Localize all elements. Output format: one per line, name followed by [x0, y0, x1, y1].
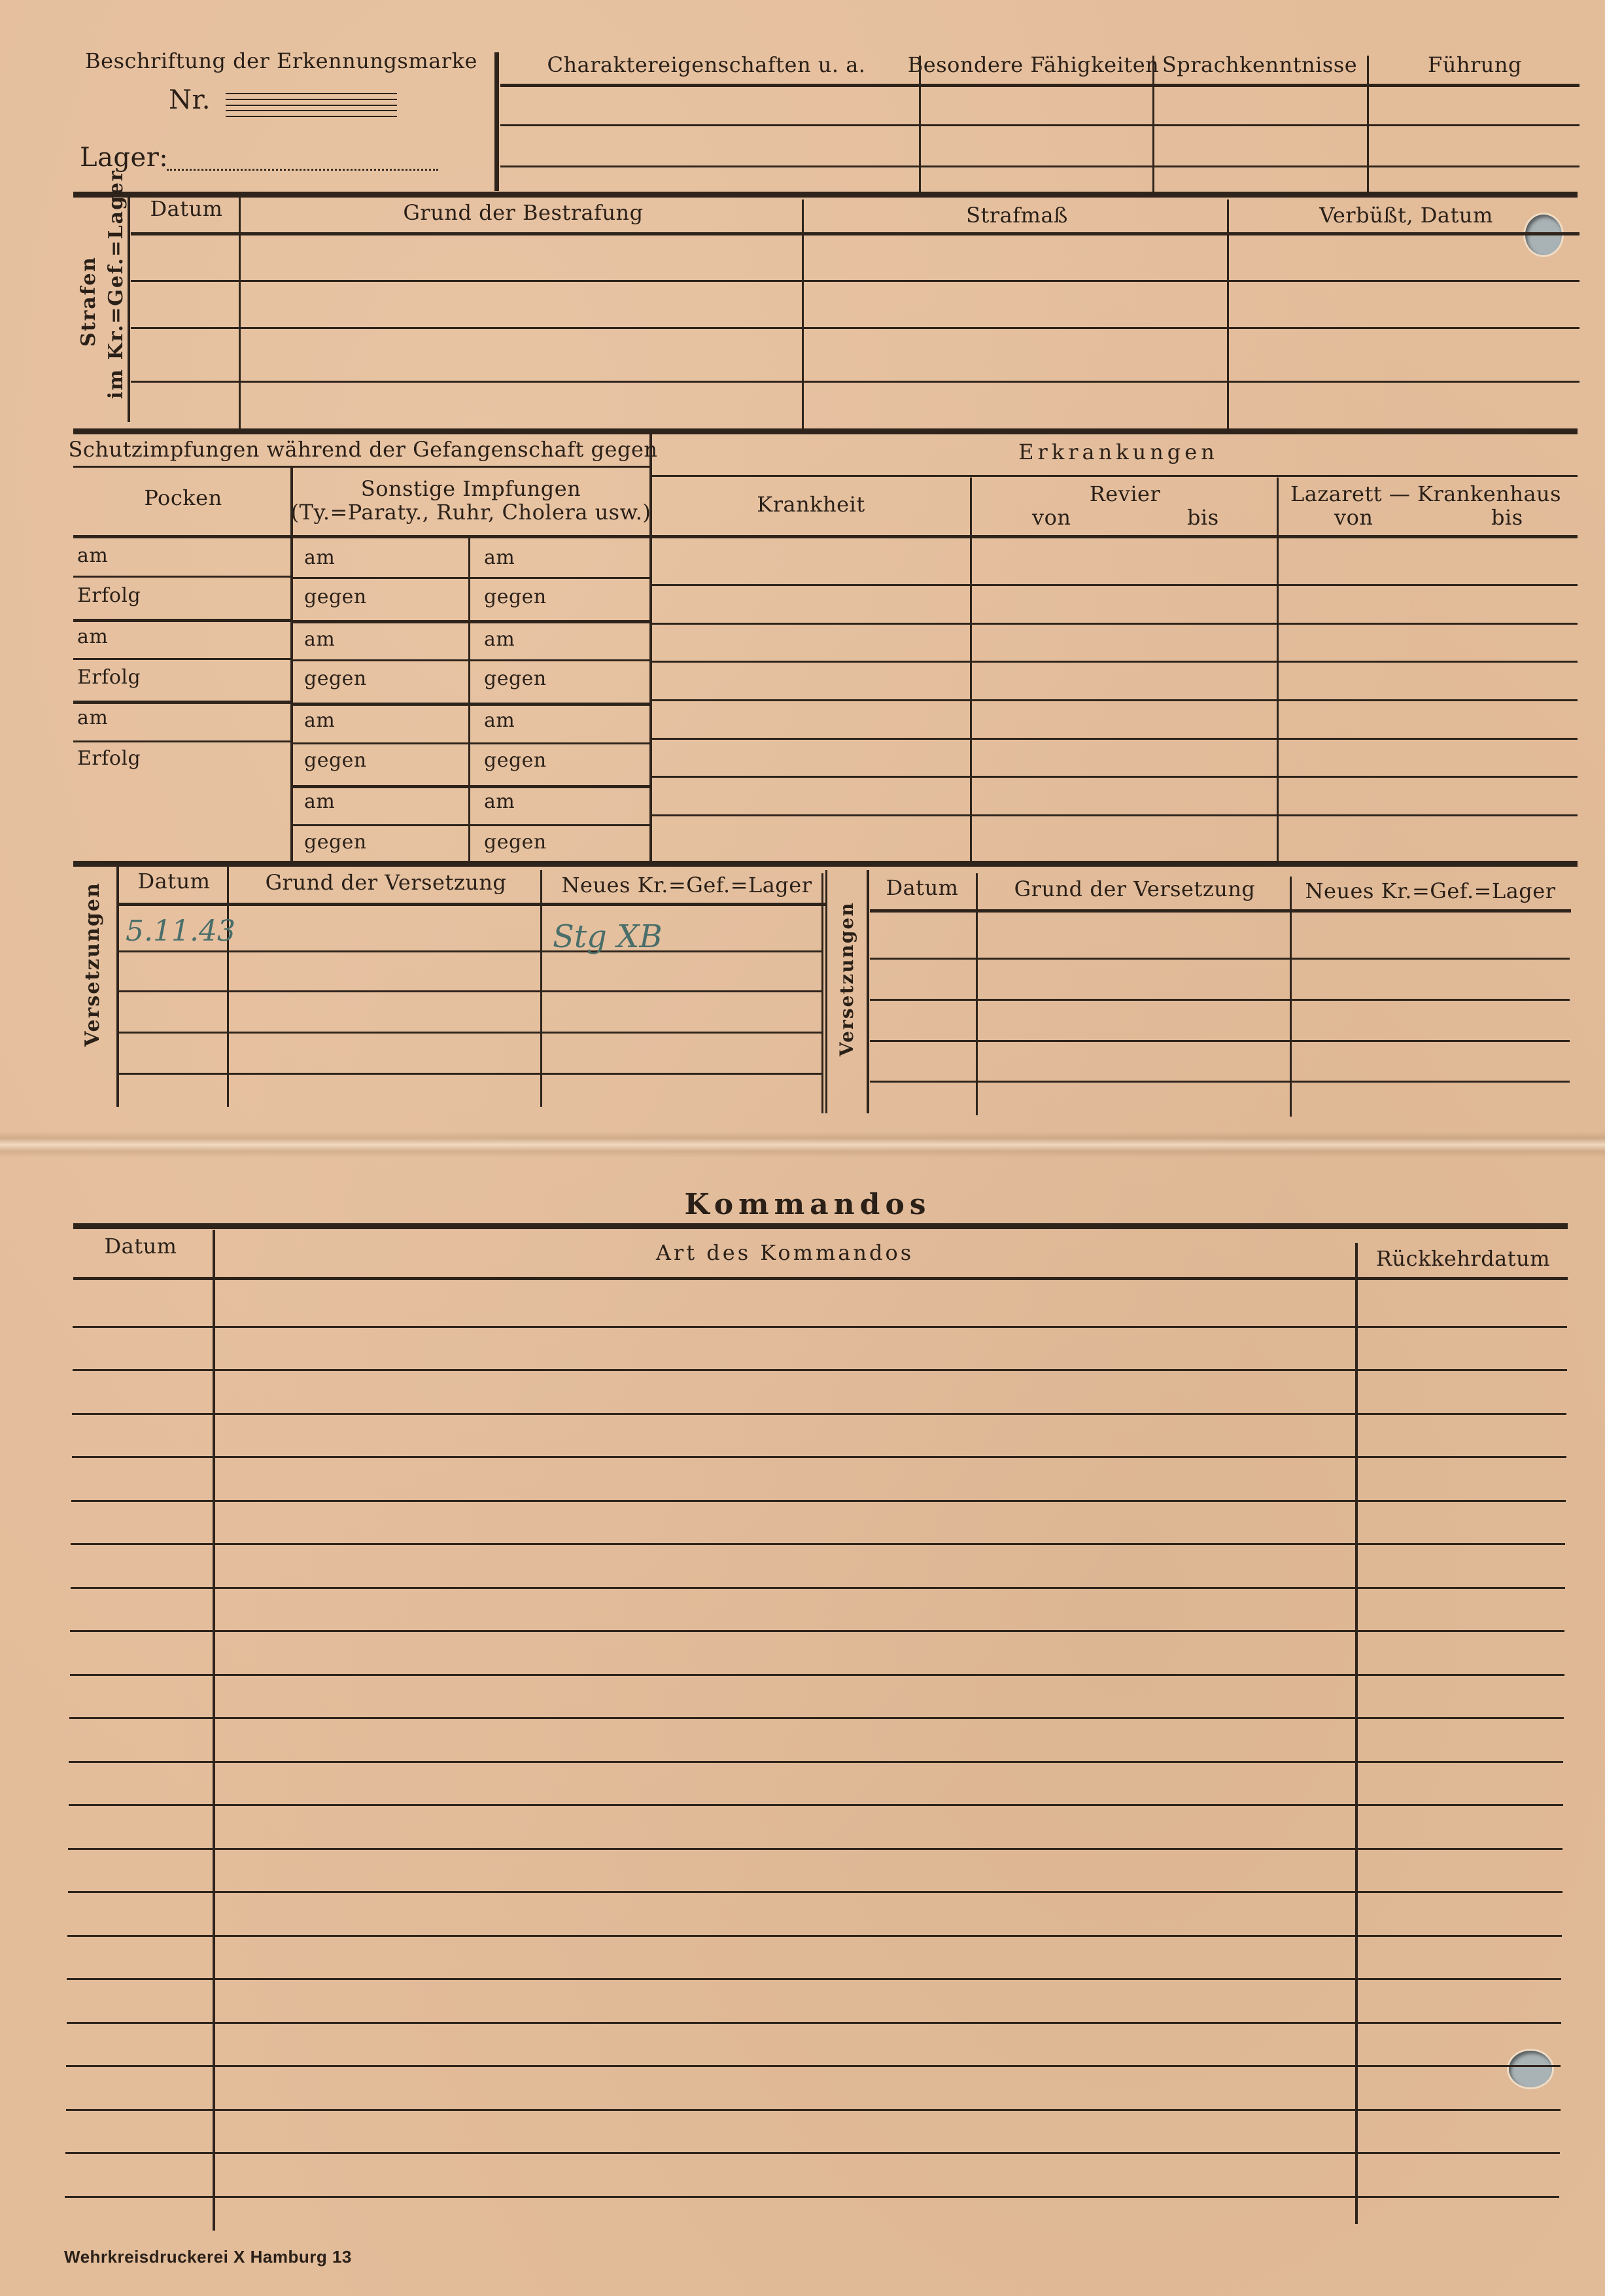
section-rule [73, 861, 1578, 867]
sonstige-gegen: gegen [484, 831, 547, 854]
versetzungen-side-label: Versetzungen [836, 901, 857, 1056]
row-rule [119, 950, 822, 952]
sonstige-gegen: gegen [304, 667, 367, 690]
row-rule [652, 738, 1578, 740]
row-rule [870, 1040, 1570, 1042]
col-krankheit: Krankheit [757, 492, 865, 517]
col-divider [540, 870, 542, 1107]
row-rule [119, 990, 822, 992]
lager-field[interactable] [167, 169, 438, 171]
table-row [71, 1500, 1566, 1502]
col-sprachkenntnisse: Sprachkenntnisse [1162, 52, 1357, 77]
row-rule [73, 576, 290, 578]
col-divider [802, 200, 804, 432]
col-divider [976, 873, 978, 1115]
pocken-erfolg: Erfolg [77, 666, 141, 689]
side-divider [116, 865, 119, 1107]
lager-label: Lager: [80, 143, 168, 173]
col-grund-bestrafung: Grund der Bestrafung [403, 200, 643, 225]
col-divider [290, 466, 293, 865]
side-divider [867, 870, 869, 1113]
sonstige-am: am [484, 709, 515, 732]
row-rule [73, 658, 290, 660]
table-row [70, 1630, 1564, 1632]
row-rule [652, 814, 1578, 816]
table-row [68, 1891, 1562, 1893]
nr-line [226, 116, 397, 117]
row-rule [119, 1073, 822, 1075]
pocken-am: am [77, 544, 108, 567]
table-row [72, 1456, 1566, 1458]
kommandos-header-rule [73, 1277, 1568, 1280]
table-row [71, 1543, 1565, 1545]
col-divider [970, 478, 972, 867]
col-divider [1355, 1243, 1358, 2224]
kommandos-title: Kommandos [684, 1188, 931, 1221]
row-rule [870, 958, 1570, 960]
nr-line [226, 99, 397, 100]
versetzungen-side-label: Versetzungen [81, 882, 104, 1047]
row-rule [131, 327, 1579, 329]
printer-imprint: Wehrkreisdruckerei X Hamburg 13 [64, 2247, 352, 2267]
sonstige-gegen: gegen [484, 667, 547, 690]
col-fuehrung: Führung [1428, 52, 1522, 77]
section-rule [73, 428, 1578, 434]
table-row [72, 1413, 1566, 1415]
schutzimpfungen-title: Schutzimpfungen während der Gefangenscha… [69, 437, 658, 462]
table-row [67, 1978, 1561, 1980]
col-lazarett: Lazarett — Krankenhaus [1290, 481, 1561, 506]
sonstige-am: am [304, 709, 335, 732]
table-row [67, 1935, 1562, 1937]
sonstige-gegen: gegen [304, 585, 367, 608]
revier-bis: bis [1187, 505, 1219, 530]
table-row [67, 2022, 1561, 2024]
sonstige-am: am [484, 546, 515, 569]
table-row [71, 1587, 1565, 1589]
table-row [69, 1761, 1563, 1763]
punch-hole-bottom [1509, 2051, 1552, 2087]
row-rule [652, 776, 1578, 778]
row-rule [652, 699, 1578, 701]
table-row [69, 1804, 1563, 1806]
table-row [69, 1717, 1564, 1719]
row-rule [652, 584, 1578, 586]
pocken-am: am [77, 706, 108, 729]
row-rule [652, 623, 1578, 625]
sonstige-am: am [304, 628, 335, 651]
side-divider [825, 870, 827, 1113]
row-rule [652, 661, 1578, 663]
nr-label: Nr. [169, 85, 211, 115]
row-rule [119, 1032, 822, 1034]
strafen-side-divider [128, 196, 130, 422]
strafen-header-rule [131, 232, 1579, 235]
col-faehigkeiten: Besondere Fähigkeiten [908, 52, 1159, 77]
schutz-title-rule [73, 466, 652, 468]
col-grund-versetzung: Grund der Versetzung [266, 870, 507, 895]
col-sonstige: Sonstige Impfungen [361, 476, 581, 501]
pocken-erfolg: Erfolg [77, 747, 141, 770]
row-rule [131, 280, 1579, 282]
col-pocken: Pocken [144, 485, 222, 510]
col-sonstige-sub: (Ty.=Paraty., Ruhr, Cholera usw.) [291, 500, 651, 525]
table-row [65, 2152, 1560, 2154]
row-rule [293, 742, 649, 744]
sonstige-am: am [484, 628, 515, 651]
schutz-header-rule [73, 535, 1578, 538]
col-neues-lager: Neues Kr.=Gef.=Lager [1305, 878, 1556, 903]
row-rule [500, 165, 1579, 167]
group-rule [293, 703, 649, 706]
col-datum: Datum [150, 196, 222, 221]
col-divider [1277, 478, 1279, 867]
group-rule [73, 619, 290, 622]
group-rule [293, 785, 649, 788]
col-grund-versetzung: Grund der Versetzung [1014, 877, 1256, 901]
table-row [66, 2109, 1561, 2111]
col-datum: Datum [886, 875, 958, 900]
row-rule [73, 740, 290, 742]
row-rule [293, 659, 649, 661]
nr-line [226, 93, 397, 94]
col-verbuesst-datum: Verbüßt, Datum [1319, 203, 1493, 228]
group-rule [73, 701, 290, 704]
col-divider [227, 867, 229, 1107]
header-rule [870, 909, 1571, 913]
col-divider [239, 196, 241, 428]
sonstige-am: am [304, 546, 335, 569]
sonstige-am: am [484, 790, 515, 813]
section-rule [73, 192, 1578, 198]
nr-line [226, 110, 397, 111]
schutz-right-border [649, 432, 652, 867]
col-divider [213, 1230, 215, 2231]
table-row [68, 1848, 1562, 1850]
table-row [70, 1674, 1564, 1676]
pocken-erfolg: Erfolg [77, 584, 141, 607]
paper-fold-crease [0, 1132, 1605, 1158]
table-row [65, 2196, 1559, 2198]
row-rule [500, 124, 1579, 126]
lazarett-von: von [1334, 505, 1373, 530]
sonstige-gegen: gegen [304, 749, 367, 772]
row-rule [131, 381, 1579, 383]
handwritten-lager: Stg XB [553, 918, 663, 955]
col-divider [1227, 200, 1229, 432]
col-strafmass: Strafmaß [966, 203, 1068, 228]
row-rule [293, 824, 649, 826]
col-datum: Datum [137, 869, 210, 894]
top-header-rule [500, 84, 1579, 87]
tag-divider [494, 52, 499, 191]
revier-von: von [1032, 505, 1071, 530]
strafen-side-label: Strafen [77, 256, 100, 347]
erkrankungen-title: Erkrankungen [1018, 440, 1218, 464]
col-divider [468, 538, 470, 865]
group-rule [293, 620, 649, 623]
col-revier: Revier [1090, 481, 1161, 506]
pocken-am: am [77, 625, 108, 648]
right-border [821, 873, 823, 1113]
row-rule [870, 1081, 1570, 1083]
row-rule [870, 999, 1570, 1001]
header-rule [119, 903, 825, 906]
sonstige-gegen: gegen [304, 831, 367, 854]
sonstige-gegen: gegen [484, 585, 547, 608]
lazarett-bis: bis [1491, 505, 1523, 530]
sonstige-am: am [304, 790, 335, 813]
nr-line [226, 105, 397, 106]
col-charakter: Charaktereigenschaften u. a. [547, 52, 866, 77]
handwritten-datum: 5.11.43 [126, 914, 235, 948]
sonstige-gegen: gegen [484, 749, 547, 772]
strafen-side-label-2: im Kr.=Gef.=Lager [105, 169, 128, 399]
kommandos-top-rule [73, 1223, 1568, 1229]
tag-title: Beschriftung der Erkennungsmarke [85, 48, 477, 73]
col-datum: Datum [104, 1234, 177, 1259]
erk-title-rule [652, 475, 1578, 477]
table-row [66, 2065, 1561, 2067]
row-rule [293, 577, 649, 579]
col-rueckkehrdatum: Rückkehrdatum [1376, 1246, 1550, 1271]
col-neues-lager: Neues Kr.=Gef.=Lager [562, 873, 812, 897]
table-row [73, 1369, 1567, 1371]
col-art-kommandos: Art des Kommandos [656, 1240, 914, 1265]
table-row [73, 1326, 1567, 1328]
